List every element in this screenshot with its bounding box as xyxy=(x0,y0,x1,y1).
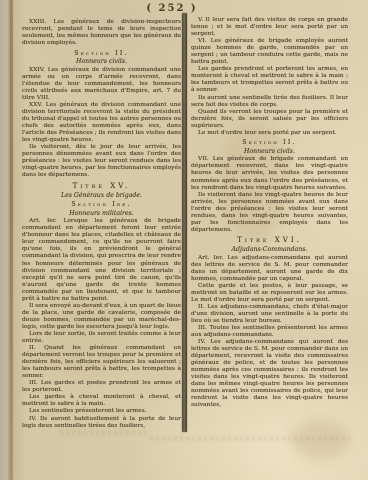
paragraph: Le mot d'ordre leur sera porté par un se… xyxy=(191,130,348,137)
italic-heading: Honneurs militaires. xyxy=(22,210,181,217)
ink-showthrough xyxy=(150,436,350,441)
paragraph: III. Toutes les sentinelles présenteront… xyxy=(191,325,348,339)
column-divider-rule xyxy=(182,13,187,432)
paragraph: Les gardes à cheval monteront à cheval, … xyxy=(22,394,181,408)
paragraph: VI. Les généraux de brigade employés aur… xyxy=(191,38,348,66)
italic-heading: Honneurs civils. xyxy=(191,148,348,155)
italic-heading: Adjudans-Commandans. xyxy=(191,246,348,253)
paragraph: Les gardes prendront et porteront les ar… xyxy=(191,66,348,94)
paragraph: XXIV. Les généraux de division commandan… xyxy=(22,67,181,102)
right-column: V. Il leur sera fait des visites de corp… xyxy=(191,17,348,410)
scanned-page: ( 252 ) XXIII. Les généraux de division-… xyxy=(0,0,368,480)
section-heading: Section II. xyxy=(191,139,348,146)
paragraph: XXIII. Les généraux de division-inspecte… xyxy=(22,19,181,47)
page-gutter-edge xyxy=(10,0,13,480)
paragraph: Lors de leur sortie, ils seront traités … xyxy=(22,331,181,345)
section-heading: Section II. xyxy=(22,50,181,57)
paragraph: Les sentinelles présenteront les armes. xyxy=(22,408,181,415)
left-column: XXIII. Les généraux de division-inspecte… xyxy=(22,19,181,430)
section-heading: Section Ire. xyxy=(22,201,181,208)
paragraph: IV. Les adjudans-commandans qui auront d… xyxy=(191,339,348,409)
paragraph: Art. Ier. Les adjudans-commandans qui au… xyxy=(191,255,348,283)
paragraph: VII. Les généraux de brigade commandant … xyxy=(191,156,348,191)
titre-heading: Titre XVI. xyxy=(191,237,348,244)
paragraph: Quand ils verront les troupes pour la pr… xyxy=(191,109,348,130)
italic-heading: Honneurs civils. xyxy=(22,58,181,65)
paragraph: V. Il leur sera fait des visites de corp… xyxy=(191,17,348,38)
paragraph: Il sera envoyé au-devant d'eux, à un qua… xyxy=(22,303,181,331)
paragraph: XXV. Les généraux de division commandant… xyxy=(22,102,181,144)
paragraph: Ils auront une sentinelle tirée des fusi… xyxy=(191,95,348,109)
paragraph: Cette garde et les postes, à leur passag… xyxy=(191,283,348,304)
paragraph: II. Quand les généraux commandant un dép… xyxy=(22,345,181,380)
paragraph: II. Les adjudans-commandans, chefs d'éta… xyxy=(191,304,348,325)
paragraph: IV. Ils auront habituellement à la porte… xyxy=(22,416,181,430)
page-number: ( 252 ) xyxy=(0,3,356,14)
italic-heading: Les Généraux de brigade. xyxy=(22,192,181,199)
ink-showthrough xyxy=(60,430,150,435)
paragraph: III. Les gardes et postes prendront les … xyxy=(22,380,181,394)
paragraph: Ils visiteront dans les vingt-quatre heu… xyxy=(191,192,348,234)
paragraph: Ils visiteront, dès le jour de leur arri… xyxy=(22,144,181,179)
paragraph: Art. Ier. Lorsque les généraux de brigad… xyxy=(22,218,181,303)
titre-heading: Titre XV. xyxy=(22,183,181,190)
